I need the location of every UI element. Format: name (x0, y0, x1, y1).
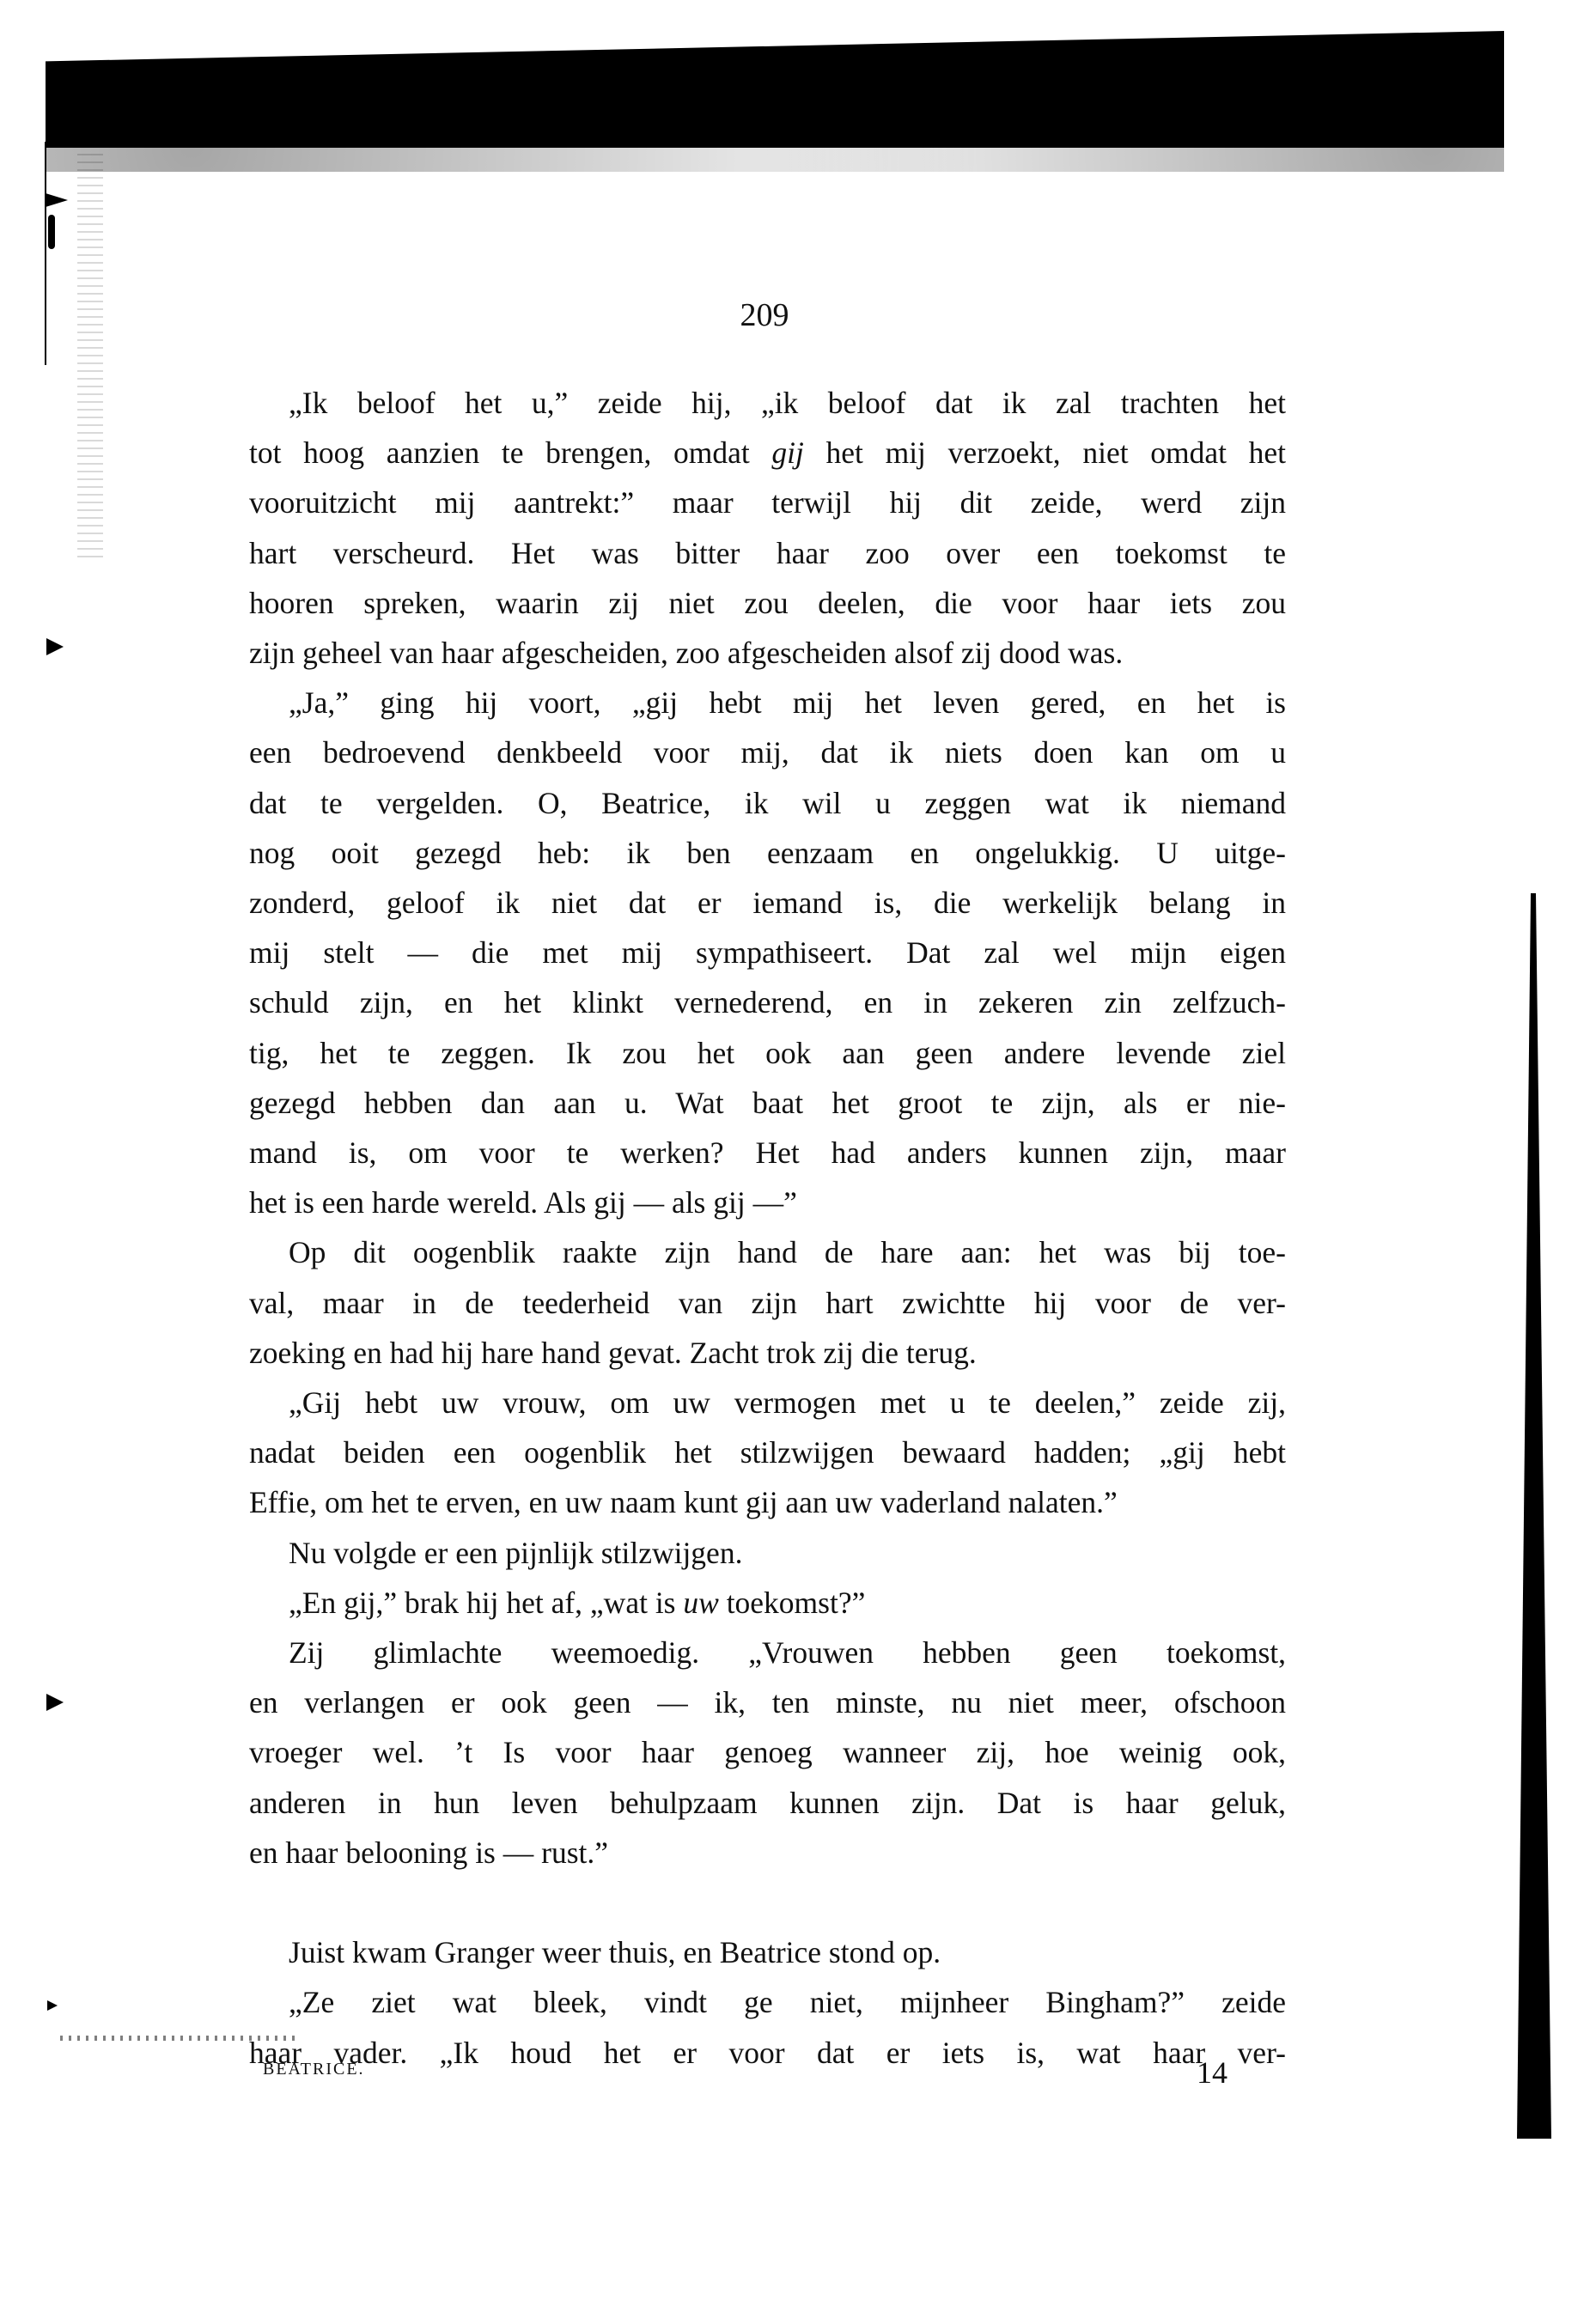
text-line: nadat beiden een oogenblik het stilzwijg… (249, 1427, 1286, 1477)
paragraph: „Ik beloof het u,” zeide hij, „ik beloof… (249, 378, 1286, 678)
margin-arrow-icon (46, 1694, 64, 1711)
text-line: „Gij hebt uw vrouw, om uw vermogen met u… (249, 1378, 1286, 1427)
body-text: „Ik beloof het u,” zeide hij, „ik beloof… (249, 378, 1286, 2078)
text-line: Effie, om het te erven, en uw naam kunt … (249, 1477, 1286, 1527)
text-line: „Ja,” ging hij voort, „gij hebt mij het … (249, 678, 1286, 727)
text-line: Nu volgde er een pijnlijk stilzwijgen. (249, 1528, 1286, 1578)
paragraph: Zij glimlachte weemoedig. „Vrouwen hebbe… (249, 1628, 1286, 1878)
text-line: vooruitzicht mij aantrekt:” maar terwijl… (249, 478, 1286, 527)
text-line: Zij glimlachte weemoedig. „Vrouwen hebbe… (249, 1628, 1286, 1677)
text-line: Op dit oogenblik raakte zijn hand de har… (249, 1227, 1286, 1277)
text-line: anderen in hun leven behulpzaam kunnen z… (249, 1778, 1286, 1828)
text-line: nog ooit gezegd heb: ik ben eenzaam en o… (249, 828, 1286, 878)
text-line: Juist kwam Granger weer thuis, en Beatri… (249, 1927, 1286, 1977)
scan-noise (46, 146, 1504, 172)
text-line: het is een harde wereld. Als gij — als g… (249, 1178, 1286, 1227)
paragraph: „Gij hebt uw vrouw, om uw vermogen met u… (249, 1378, 1286, 1528)
page-number: 209 (0, 296, 1529, 334)
text-line: hooren spreken, waarin zij niet zou deel… (249, 578, 1286, 628)
text-line: mand is, om voor te werken? Het had ande… (249, 1128, 1286, 1178)
scan-right-edge-shadow (1517, 893, 1551, 2139)
paragraph: Juist kwam Granger weer thuis, en Beatri… (249, 1927, 1286, 1977)
paragraph: Op dit oogenblik raakte zijn hand de har… (249, 1227, 1286, 1378)
text-line: „Ze ziet wat bleek, vindt ge niet, mijnh… (249, 1977, 1286, 2027)
text-line: een bedroevend denkbeeld voor mij, dat i… (249, 727, 1286, 777)
text-line: tot hoog aanzien te brengen, omdat gij h… (249, 428, 1286, 478)
section-break (249, 1878, 1286, 1927)
text-line: en haar belooning is — rust.” (249, 1828, 1286, 1878)
scan-shadow-band (46, 31, 1504, 148)
paragraph: „Ze ziet wat bleek, vindt ge niet, mijnh… (249, 1977, 1286, 2077)
text-line: en verlangen er ook geen — ik, ten minst… (249, 1677, 1286, 1727)
margin-arrow-icon (46, 638, 64, 655)
scan-edge-notch (46, 193, 68, 207)
paragraph: „Ja,” ging hij voort, „gij hebt mij het … (249, 678, 1286, 1227)
text-line: „En gij,” brak hij het af, „wat is uw to… (249, 1578, 1286, 1628)
scan-noise-left (77, 146, 103, 558)
text-line: hart verscheurd. Het was bitter haar zoo… (249, 528, 1286, 578)
text-line: mij stelt — die met mij sympathiseert. D… (249, 928, 1286, 977)
text-line: dat te vergelden. O, Beatrice, ik wil u … (249, 778, 1286, 828)
emphasis: uw (683, 1586, 718, 1620)
text-line: val, maar in de teederheid van zijn hart… (249, 1278, 1286, 1328)
text-line: „Ik beloof het u,” zeide hij, „ik beloof… (249, 378, 1286, 428)
text-line: haar vader. „Ik houd het er voor dat er … (249, 2028, 1286, 2078)
text-line: schuld zijn, en het klinkt vernederend, … (249, 977, 1286, 1027)
text-line: zoeking en had hij hare hand gevat. Zach… (249, 1328, 1286, 1378)
text-line: zonderd, geloof ik niet dat er iemand is… (249, 878, 1286, 928)
margin-arrow-icon (47, 2000, 58, 2011)
emphasis: gij (771, 435, 803, 470)
text-line: zijn geheel van haar afgescheiden, zoo a… (249, 628, 1286, 678)
text-line: vroeger wel. ’t Is voor haar genoeg wann… (249, 1727, 1286, 1777)
text-line: gezegd hebben dan aan u. Wat baat het gr… (249, 1078, 1286, 1128)
paragraph: „En gij,” brak hij het af, „wat is uw to… (249, 1578, 1286, 1628)
signature-mark: BEATRICE. (263, 2060, 365, 2079)
paragraph: Nu volgde er een pijnlijk stilzwijgen. (249, 1528, 1286, 1578)
text-line: tig, het te zeggen. Ik zou het ook aan g… (249, 1028, 1286, 1078)
signature-number: 14 (1197, 2054, 1227, 2091)
scan-edge-mark (48, 215, 55, 249)
